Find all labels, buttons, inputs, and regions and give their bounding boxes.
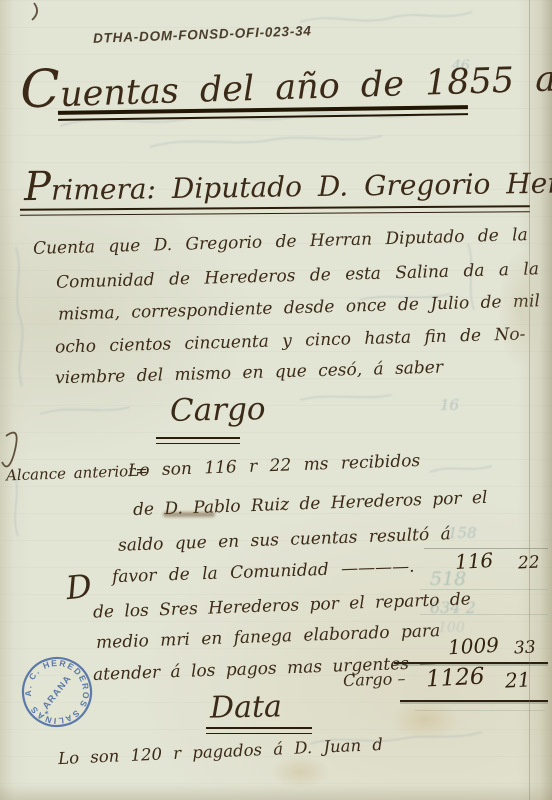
bleed-rule [415, 710, 545, 711]
bleedthrough-number: 158 [448, 524, 477, 542]
cargo-heading: Cargo [170, 391, 266, 429]
cargo-margin-symbol: D [64, 567, 93, 607]
page-crease [529, 0, 530, 800]
section-heading: Primera: Diputado D. Gregorio Herran [24, 156, 552, 210]
amount1-reales: 116 [454, 548, 493, 574]
stamp-center-text: ARANA [41, 673, 74, 712]
bleedthrough-number: 100 [438, 620, 465, 636]
cargo-total-maravedis: 21 [504, 667, 531, 692]
amount2-maravedis: 33 [513, 637, 536, 658]
ink-mark [32, 3, 37, 20]
amount2-reales: 1009 [447, 633, 499, 660]
ink-smudge [163, 512, 215, 517]
cargo-underline [156, 437, 240, 444]
cargo-total-reales: 1126 [425, 663, 485, 692]
bleedthrough-number: 16 [440, 396, 459, 414]
data-underline [206, 727, 312, 734]
total-rule [400, 700, 548, 702]
manuscript-page: 46 16 158 518 634 2 100 DTHA-DOM-FONSD-O… [0, 0, 552, 800]
cargo-total-label: Cargo – [343, 669, 406, 690]
data-heading: Data [210, 689, 282, 725]
margin-flourish [2, 433, 17, 467]
